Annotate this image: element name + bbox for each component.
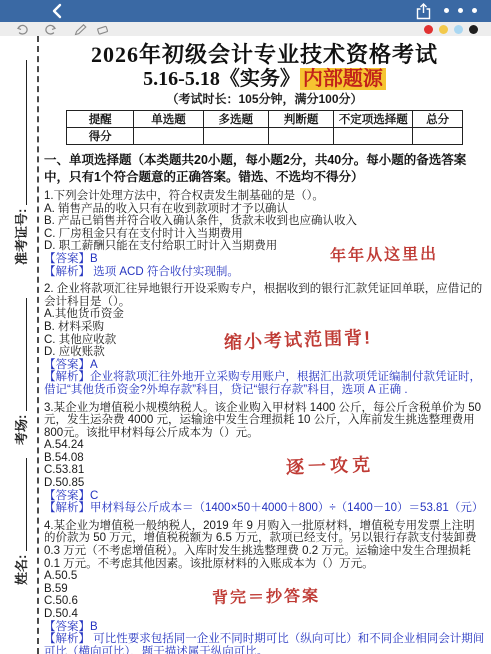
handwritten-note-4: 背完＝抄答案: [212, 583, 320, 608]
pen-color-black-swatch[interactable]: [469, 25, 478, 34]
fill-blank-line: [26, 458, 27, 551]
question-3: 3.某企业为增值税小规模纳税人。该企业购入甲材料 1400 公斤，每公斤含税单价…: [44, 402, 485, 515]
name-label-text: 姓名:: [11, 555, 30, 585]
back-icon[interactable]: [50, 3, 66, 19]
score-table-header-row: 提醒 单选题 多选题 判断题 不定项选择题 总分: [67, 111, 463, 128]
question-stem: 4.某企业为增值税一般纳税人，2019 年 9 月购入一批原材料，增值税专用发票…: [44, 520, 485, 570]
pen-color-blue-swatch[interactable]: [454, 25, 463, 34]
question-stem: 2. 企业将款项汇往异地银行开设采购专户，根据收到的银行汇款凭证回单联，应借记的…: [44, 283, 485, 308]
margin-divider: [37, 36, 39, 654]
exam-room-fill-label: 考场:: [13, 298, 30, 445]
pen-color-yellow-swatch[interactable]: [439, 25, 448, 34]
handwritten-note-3: 逐一攻克: [286, 450, 375, 479]
note-app-window: 准考证号: 考场: 姓名: 2026年初级会计专业技术资格考试 5.16-5.1…: [0, 0, 491, 654]
section-heading: 一、单项选择题（本类题共20小题，每小题2分，共40分。每小题的备选答案中，只有…: [44, 152, 485, 185]
question-answer: 【答案】A: [44, 359, 485, 372]
question-option: B. 产品已销售并符合收入确认条件，货款未收到也应确认收入: [44, 215, 485, 228]
undo-icon[interactable]: [16, 23, 29, 35]
exam-duration-info: （考试时长：105分钟，满分100分）: [44, 92, 485, 106]
question-analysis: 【解析】 可比性要求包括同一企业不同时期可比（纵向可比）和不同企业相同会计期间可…: [44, 633, 485, 654]
score-table-score-row: 得分: [67, 128, 463, 145]
score-empty-cell: [203, 128, 268, 145]
question-answer: 【答案】C: [44, 490, 485, 503]
score-header-cell: 不定项选择题: [334, 111, 413, 128]
name-fill-label: 姓名:: [13, 458, 30, 585]
annotation-toolbar: [0, 22, 491, 37]
top-navigation-bar: [0, 0, 491, 22]
handwritten-note-1: 年年从这里出: [330, 241, 438, 266]
score-empty-cell: [413, 128, 463, 145]
question-option: C. 厂房租金只有在支付时计入当期费用: [44, 228, 485, 241]
score-empty-cell: [134, 128, 203, 145]
question-answer: 【答案】B: [44, 621, 485, 634]
score-header-cell: 判断题: [268, 111, 333, 128]
score-empty-cell: [334, 128, 413, 145]
question-option: D.50.4: [44, 608, 485, 621]
question-option: A.50.5: [44, 570, 485, 583]
exam-id-label-text: 准考证号:: [11, 209, 30, 265]
score-header-cell: 单选题: [134, 111, 203, 128]
score-header-cell: 多选题: [203, 111, 268, 128]
eraser-tool-icon[interactable]: [96, 23, 109, 35]
exam-title: 2026年初级会计专业技术资格考试: [44, 42, 485, 67]
question-1: 1.下列会计处理方法中，符合权责发生制基础的是（）。 A. 销售产品的收入只有在…: [44, 190, 485, 278]
score-header-cell: 提醒: [67, 111, 134, 128]
question-option: A. 销售产品的收入只有在收到款项时才予以确认: [44, 203, 485, 216]
exam-paper-canvas[interactable]: 准考证号: 考场: 姓名: 2026年初级会计专业技术资格考试 5.16-5.1…: [0, 36, 491, 654]
more-options-icon[interactable]: [444, 8, 477, 13]
subtitle-highlight: 内部题源: [300, 68, 386, 90]
question-option: A.其他货币资金: [44, 308, 485, 321]
question-stem: 1.下列会计处理方法中，符合权责发生制基础的是（）。: [44, 190, 485, 203]
pen-color-red-swatch[interactable]: [424, 25, 433, 34]
question-analysis: 【解析】甲材料每公斤成本＝（1400×50＋4000＋800）÷（1400－10…: [44, 502, 485, 515]
score-empty-cell: [268, 128, 333, 145]
subtitle-dates: 5.16-5.18《实务》: [143, 68, 300, 90]
fill-blank-line: [26, 60, 27, 205]
question-option: A.54.24: [44, 439, 485, 452]
pen-tool-icon[interactable]: [74, 23, 87, 35]
exam-subtitle: 5.16-5.18《实务》内部题源: [44, 68, 485, 91]
exam-id-fill-label: 准考证号:: [13, 60, 30, 265]
question-analysis: 【解析】 选项 ACD 符合收付实现制。: [44, 266, 485, 279]
exam-room-label-text: 考场:: [11, 415, 30, 445]
question-option: D.50.85: [44, 477, 485, 490]
question-option: B.54.08: [44, 452, 485, 465]
share-icon[interactable]: [416, 3, 431, 20]
score-header-cell: 总分: [413, 111, 463, 128]
question-stem: 3.某企业为增值税小规模纳税人。该企业购入甲材料 1400 公斤，每公斤含税单价…: [44, 402, 485, 440]
score-row-label: 得分: [67, 128, 134, 145]
score-table: 提醒 单选题 多选题 判断题 不定项选择题 总分 得分: [66, 110, 463, 145]
handwritten-note-2: 缩小考试范围背!: [224, 323, 373, 354]
question-option: C.53.81: [44, 464, 485, 477]
question-analysis: 【解析】企业将款项汇往外地开立采购专用账户，根据汇出款项凭证编制付款凭证时，借记…: [44, 371, 485, 396]
redo-icon[interactable]: [44, 23, 57, 35]
fill-blank-line: [26, 298, 27, 411]
